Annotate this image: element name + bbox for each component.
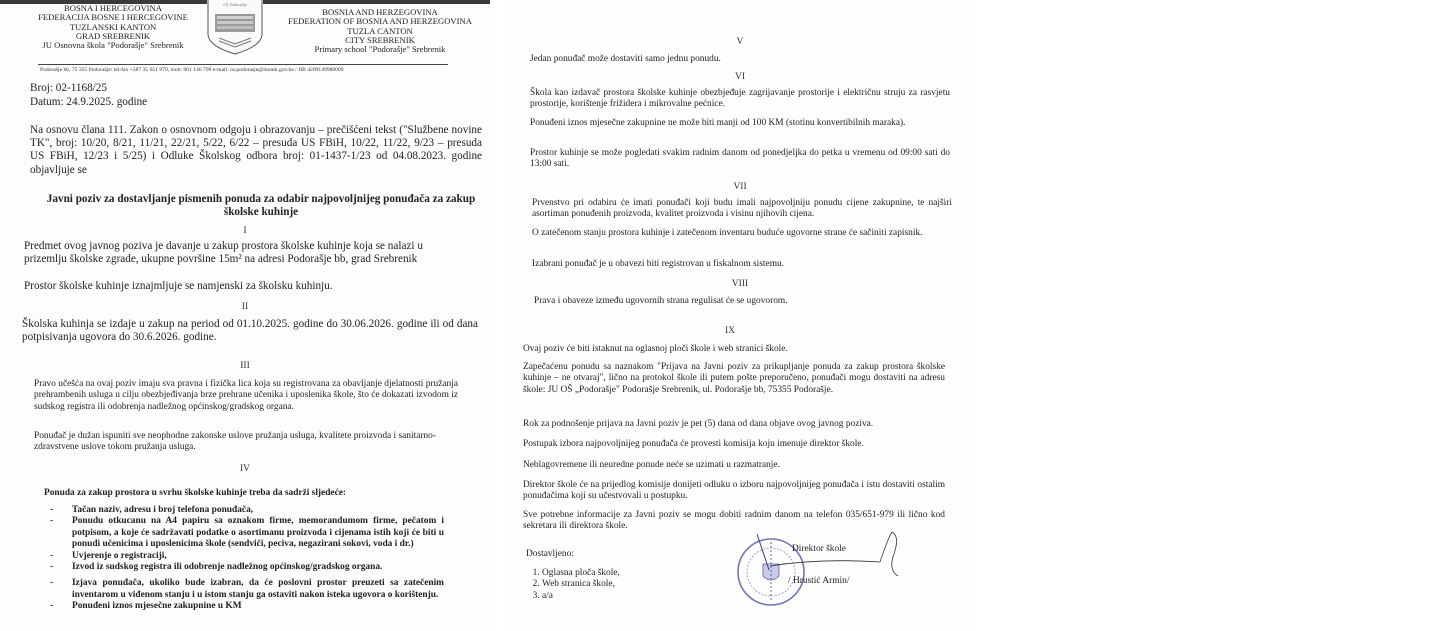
section-IX-p2: Zapečaćenu ponudu sa naznakom "Prijava n… [523,362,945,396]
school-crest-icon: OŠ Podorašje [207,0,263,55]
list-item: Uvjerenje o registraciji, [46,551,444,562]
section-heading-VI: VI [510,71,970,82]
document-date: Datum: 24.9.2025. godine [30,96,147,109]
handwritten-signature-icon [760,528,910,578]
section-heading-II: II [0,301,490,312]
document-title: Javni poziv za dostavljanje pismenih pon… [40,193,482,219]
section-heading-VIII: VIII [510,278,970,289]
header-school-en: Primary school "Podorašje" Srebrenik [285,45,475,54]
section-IX-p5: Neblagovremene ili neuredne ponude neće … [523,460,953,471]
section-IX-p3: Rok za podnošenje prijava na Javni poziv… [523,419,953,430]
header-divider [38,64,448,65]
offer-requirements-list: Tačan naziv, adresu i broj telefona ponu… [46,505,444,613]
section-VII-p2: O zatečenom stanju prostora kuhinje i za… [532,228,952,239]
section-VI-p2: Ponuđeni iznos mjesečne zakupnine ne mož… [530,118,950,129]
section-I-p1: Predmet ovog javnog poziva je davanje u … [24,240,454,266]
section-II-p1: Školska kuhinja se izdaje u zakup na per… [22,318,478,344]
section-III-p1: Pravo učešća na ovaj poziv imaju sva pra… [34,379,458,413]
section-heading-IX: IX [510,325,950,336]
list-item: a/a [542,591,620,602]
distribution-list: Oglasna ploča škole, Web stranica škole,… [520,568,620,602]
list-item: Izvod iz sudskog registra ili odobrenje … [46,562,444,573]
section-IX-p4: Postupak izbora najpovoljnijeg ponuđača … [523,439,953,450]
address-line: Podorašje bb, 75 355 Podorašje/ tel-fax … [40,67,344,73]
section-VII-p3: Izabrani ponuđač je u obavezi biti regis… [532,259,952,270]
list-item: Ponuđeni iznos mjesečne zakupnine u KM [46,601,444,612]
section-IX-p6: Direktor škole će na prijedlog komisije … [523,480,945,503]
section-IV-lead: Ponuda za zakup prostora u svrhu školske… [44,488,464,499]
intro-paragraph: Na osnovu člana 111. Zakon o osnovnom od… [30,124,482,177]
header-school: JU Osnovna škola "Podorašje" Srebrenik [28,41,198,50]
section-VI-p1: Škola kao izdavač prostora školske kuhin… [530,88,950,111]
list-item: Oglasna ploča škole, [542,568,620,579]
section-V-p1: Jedan ponuđač može dostaviti samo jednu … [530,54,960,65]
list-item: Tačan naziv, adresu i broj telefona ponu… [46,505,444,516]
section-III-p2: Ponuđač je dužan ispuniti sve neophodne … [34,431,464,454]
list-item: Web stranica škole, [542,579,620,590]
document-page-2: V Jedan ponuđač može dostaviti samo jedn… [510,0,970,631]
section-heading-III: III [0,360,490,371]
section-heading-VII: VII [510,181,970,192]
document-number: Broj: 02-1168/25 [30,82,107,95]
section-I-p2: Prostor školske kuhinje iznajmljuje se n… [24,280,464,293]
header-right: BOSNIA AND HERZEGOVINA FEDERATION OF BOS… [285,8,475,54]
section-VIII-p1: Prava i obaveze između ugovornih strana … [534,296,954,307]
scan-top-edge [263,0,490,4]
section-VII-p1: Prvenstvo pri odabiru će imati ponuđači … [532,198,952,221]
header-left: BOSNA I HERCEGOVINA FEDERACIJA BOSNE I H… [28,4,198,50]
distribution-label: Dostavljeno: [526,549,574,560]
section-VI-p3: Prostor kuhinje se može pogledati svakim… [530,148,950,171]
svg-text:OŠ Podorašje: OŠ Podorašje [223,2,247,7]
list-item: Izjava ponuđača, ukoliko bude izabran, d… [46,578,444,601]
section-heading-V: V [510,36,970,47]
list-item: Ponudu otkucanu na A4 papiru sa oznakom … [46,516,444,550]
section-heading-IV: IV [0,463,490,474]
document-page-1: BOSNA I HERCEGOVINA FEDERACIJA BOSNE I H… [0,0,490,631]
section-IX-p1: Ovaj poziv će biti istaknut na oglasnoj … [523,344,953,355]
section-heading-I: I [0,225,490,236]
